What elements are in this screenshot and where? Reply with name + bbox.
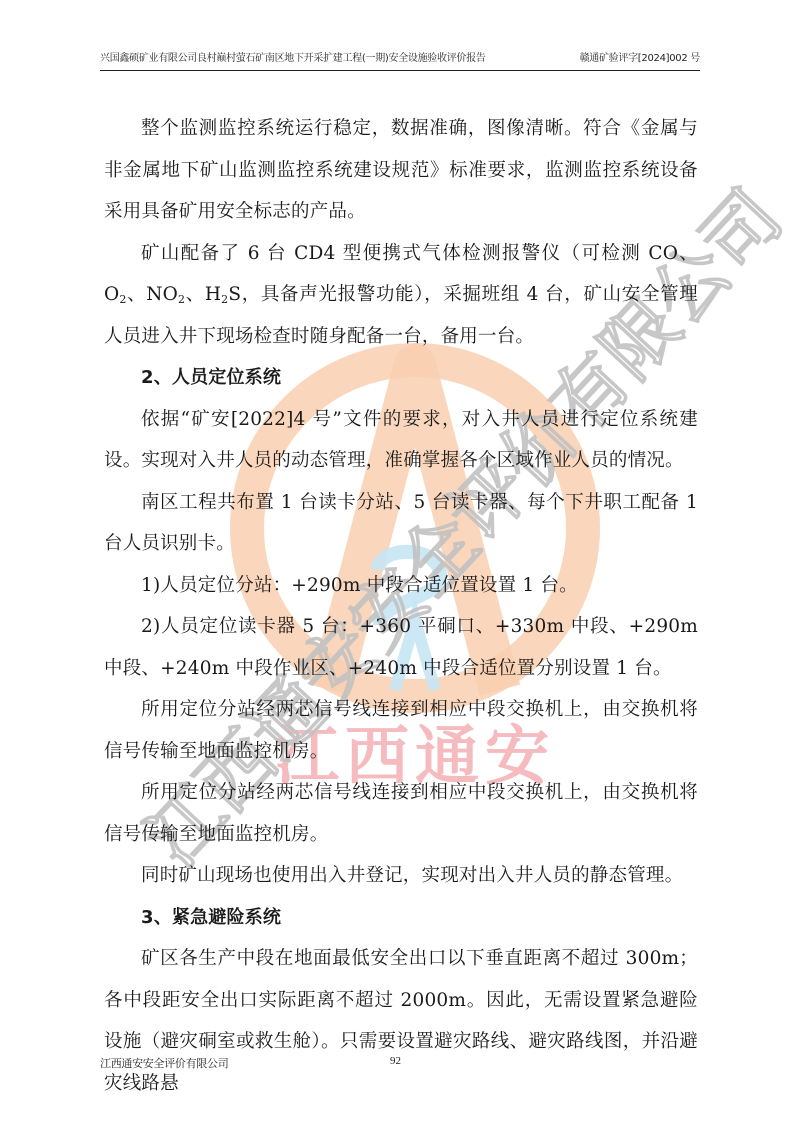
document-body: 整个监测监控系统运行稳定，数据准确，图像清晰。符合《金属与非金属地下矿山监测监控… xyxy=(104,108,698,1104)
list-item: 1)人员定位分站：+290m 中段合适位置设置 1 台。 xyxy=(104,565,698,607)
section-heading: 3、紧急避险系统 xyxy=(104,897,698,939)
report-title: 兴国鑫硕矿业有限公司良村巅村萤石矿南区地下开采扩建工程(一期)安全设施验收评价报… xyxy=(100,52,486,66)
list-item: 2)人员定位读卡器 5 台：+360 平硐口、+330m 中段、+290m 中段… xyxy=(104,606,698,689)
paragraph: 所用定位分站经两芯信号线连接到相应中段交换机上，由交换机将信号传输至地面监控机房… xyxy=(104,772,698,855)
paragraph: 所用定位分站经两芯信号线连接到相应中段交换机上，由交换机将信号传输至地面监控机房… xyxy=(104,689,698,772)
paragraph: 依据“矿安[2022]4 号”文件的要求，对入井人员进行定位系统建设。实现对入井… xyxy=(104,399,698,482)
paragraph-gas-detectors: 矿山配备了 6 台 CD4 型便携式气体检测报警仪（可检测 CO、O2、NO2、… xyxy=(104,233,698,358)
paragraph: 整个监测监控系统运行稳定，数据准确，图像清晰。符合《金属与非金属地下矿山监测监控… xyxy=(104,108,698,233)
page-header: 兴国鑫硕矿业有限公司良村巅村萤石矿南区地下开采扩建工程(一期)安全设施验收评价报… xyxy=(100,52,700,71)
section-heading: 2、人员定位系统 xyxy=(104,357,698,399)
document-number: 赣通矿验评字[2024]002 号 xyxy=(580,52,700,66)
paragraph: 矿区各生产中段在地面最低安全出口以下垂直距离不超过 300m；各中段距安全出口实… xyxy=(104,938,698,1104)
paragraph: 南区工程共布置 1 台读卡分站、5 台读卡器、每个下井职工配备 1 台人员识别卡… xyxy=(104,482,698,565)
paragraph: 同时矿山现场也使用出入井登记，实现对出入井人员的静态管理。 xyxy=(104,855,698,897)
